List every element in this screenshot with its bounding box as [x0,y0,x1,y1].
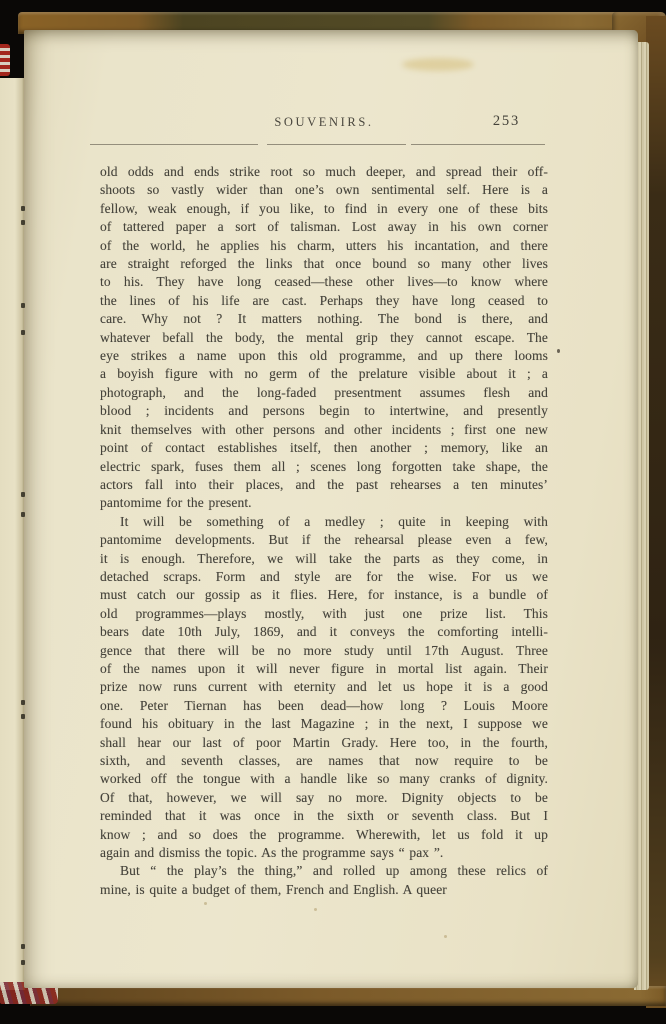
text-line: bears date 10th July, 1869, and it conve… [100,623,548,641]
book-page: SOUVENIRS. 253 old odds and ends strike … [24,30,638,988]
text-line: a boyish figure with no germ of the prel… [100,365,548,383]
text-line: pantomime developments. But if the rehea… [100,531,548,549]
text-line: again and dismiss the topic. As the prog… [100,844,548,862]
stitch-mark [21,700,25,705]
text-line: actors fall into their places, and the p… [100,476,548,494]
stitch-mark [21,960,25,965]
text-line: of the names upon it will never figure i… [100,660,548,678]
text-line: worked off the tongue with a handle like… [100,770,548,788]
text-line: of the world, he applies his charm, utte… [100,237,548,255]
text-line: the lines of his life are cast. Perhaps … [100,292,548,310]
stitch-mark [21,714,25,719]
text-line: fellow, weak enough, if you like, to fin… [100,200,548,218]
text-line: It will be something of a medley ; quite… [100,513,548,531]
text-line: reminded that it was once in the sixth o… [100,807,548,825]
text-line: know ; and so does the programme. Wherew… [100,826,548,844]
text-line: But “ the play’s the thing,” and rolled … [100,862,548,880]
text-line: Of that, however, we will say no more. D… [100,789,548,807]
ink-speck [557,349,560,353]
foxing-spot [204,902,207,905]
text-line: electric spark, fuses them all ; scenes … [100,458,548,476]
stitch-mark [21,944,25,949]
text-line: photograph, and the long-faded presentme… [100,384,548,402]
stitch-mark [21,206,25,211]
stitch-mark [21,303,25,308]
running-head: SOUVENIRS. 253 [100,115,548,133]
text-line: are straight reforged the links that onc… [100,255,548,273]
text-line: shall hear our last of poor Martin Grady… [100,734,548,752]
text-line: whatever befall the body, the mental gri… [100,329,548,347]
text-line: knit themselves with other persons and o… [100,421,548,439]
text-line: shoots so vastly wider than one’s own se… [100,181,548,199]
book-cover-bottom-edge [30,986,666,1006]
text-line: point of contact establishes itself, the… [100,439,548,457]
stitch-mark [21,220,25,225]
text-line: mine, is quite a budget of them, French … [100,881,548,899]
stitch-mark [21,330,25,335]
text-line: sixth, and seventh classes, are names th… [100,752,548,770]
text-line: found his obituary in the last Magazine … [100,715,548,733]
text-line: must catch our gossip as it flies. Here,… [100,586,548,604]
text-line: prize now runs current with eternity and… [100,678,548,696]
text-line: care. Why not ? It matters nothing. The … [100,310,548,328]
stitch-mark [21,492,25,497]
text-line: old odds and ends strike root so much de… [100,163,548,181]
text-line: gence that there will be no more study u… [100,642,548,660]
facing-page-edge [0,78,25,990]
stitch-mark [21,512,25,517]
page-title: SOUVENIRS. [100,115,548,130]
text-line: eye strikes a name upon this old program… [100,347,548,365]
book-scan: SOUVENIRS. 253 old odds and ends strike … [0,0,666,1024]
text-line: detached scraps. Form and style are for … [100,568,548,586]
page-number: 253 [493,113,520,130]
foxing-spot [314,908,317,911]
book-cover-right-edge [646,16,666,1008]
text-line: blood ; incidents and persons begin to i… [100,402,548,420]
foxing-spot [444,935,447,938]
text-line: pantomime for the present. [100,494,548,512]
page-body: old odds and ends strike root so much de… [100,163,548,899]
text-line: one. Peter Tiernan has been dead—how lon… [100,697,548,715]
header-rule [90,144,545,145]
text-line: of tattered paper a sort of talisman. Lo… [100,218,548,236]
text-line: to his. They have long ceased—these othe… [100,273,548,291]
text-line: old programmes—plays mostly, with just o… [100,605,548,623]
headband [0,44,10,76]
text-line: it is enough. Therefore, we will take th… [100,550,548,568]
paper-stain [402,58,474,71]
